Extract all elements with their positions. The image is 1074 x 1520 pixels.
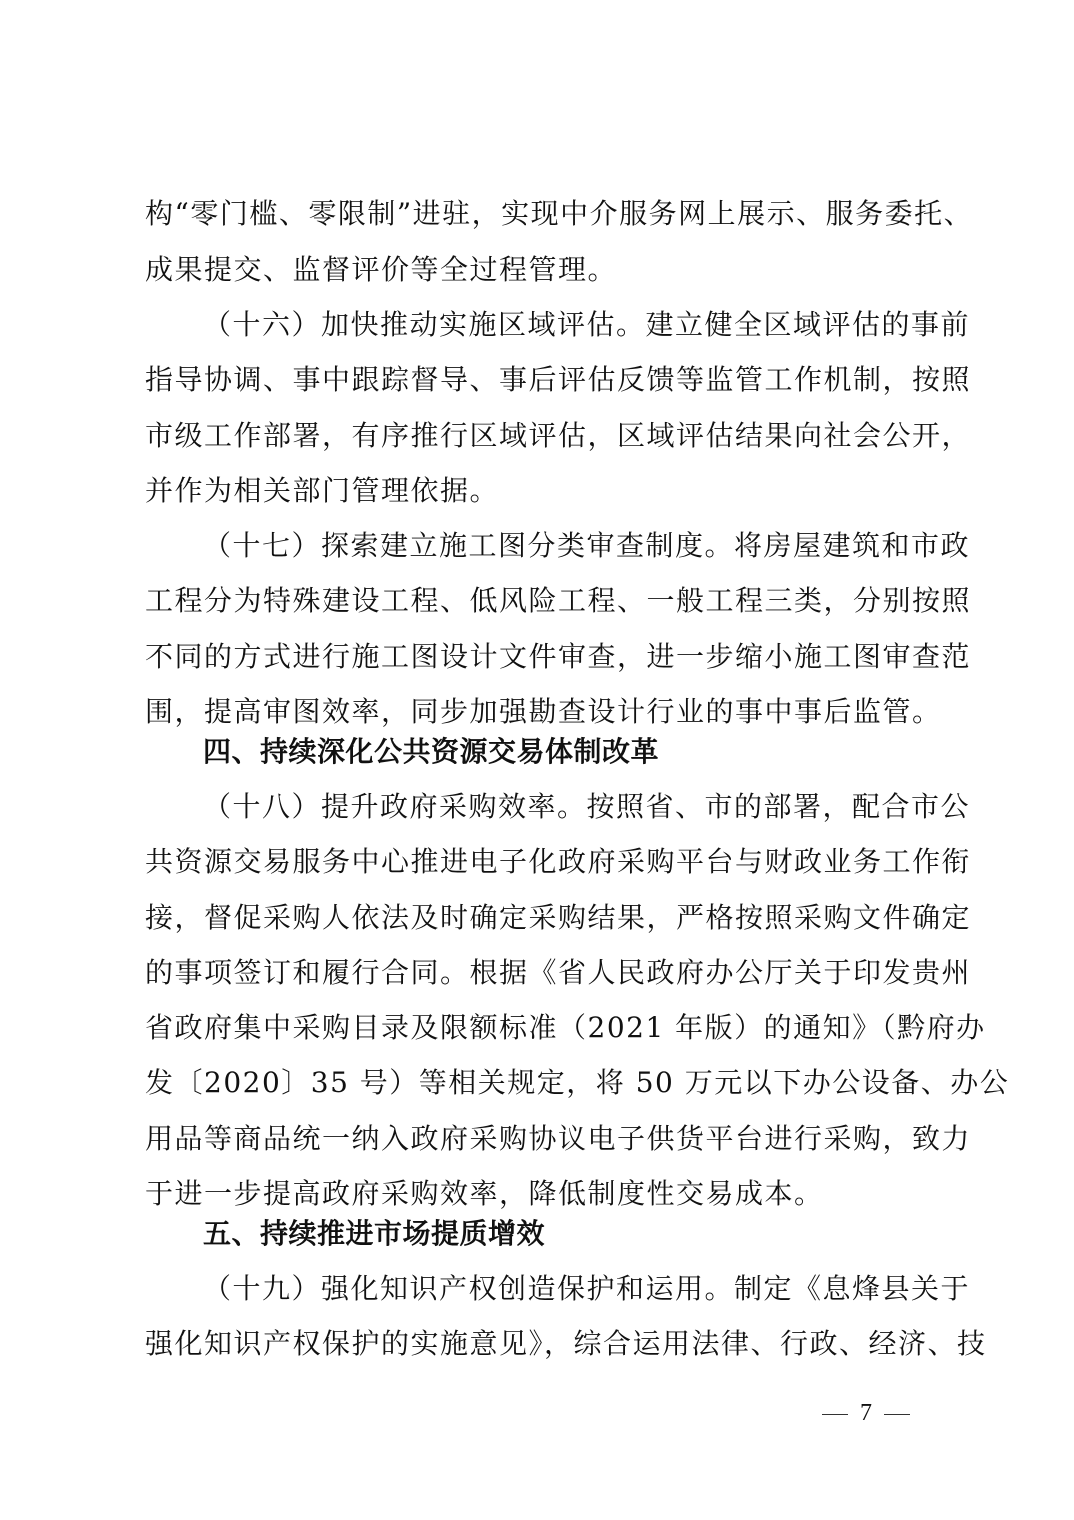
paragraph-line: 强化知识产权保护的实施意见》，综合运用法律、行政、经济、技 (145, 1326, 945, 1362)
paragraph-line: （十七）探索建立施工图分类审查制度。将房屋建筑和市政 (203, 528, 945, 564)
dash-right (884, 1414, 910, 1415)
paragraph-line: 的事项签订和履行合同。根据《省人民政府办公厅关于印发贵州 (145, 955, 945, 991)
paragraph-line: 工程分为特殊建设工程、低风险工程、一般工程三类，分别按照 (145, 583, 945, 619)
paragraph-line: 接，督促采购人依法及时确定采购结果，严格按照采购文件确定 (145, 900, 945, 936)
paragraph-line: 指导协调、事中跟踪督导、事后评估反馈等监管工作机制，按照 (145, 362, 945, 398)
paragraph-line: 成果提交、监督评价等全过程管理。 (145, 252, 945, 288)
paragraph-line: 构“零门槛、零限制”进驻，实现中介服务网上展示、服务委托、 (145, 196, 945, 232)
dash-left (822, 1414, 848, 1415)
paragraph-line: 用品等商品统一纳入政府采购协议电子供货平台进行采购，致力 (145, 1121, 945, 1157)
paragraph-line: 围，提高审图效率，同步加强勘查设计行业的事中事后监管。 (145, 694, 945, 730)
paragraph-line: 于进一步提高政府采购效率，降低制度性交易成本。 (145, 1176, 945, 1212)
paragraph-line: （十六）加快推动实施区域评估。建立健全区域评估的事前 (203, 307, 945, 343)
section-heading: 四、持续深化公共资源交易体制改革 (203, 734, 659, 770)
paragraph-line: 发〔2020〕35 号）等相关规定，将 50 万元以下办公设备、办公 (145, 1065, 945, 1101)
section-heading: 五、持续推进市场提质增效 (203, 1216, 545, 1252)
paragraph-line: 不同的方式进行施工图设计文件审查，进一步缩小施工图审查范 (145, 639, 945, 675)
paragraph-line: 省政府集中采购目录及限额标准（2021 年版）的通知》（黔府办 (145, 1010, 945, 1046)
page-number: 7 (810, 1398, 922, 1428)
document-page: 构“零门槛、零限制”进驻，实现中介服务网上展示、服务委托、 成果提交、监督评价等… (0, 0, 1074, 1520)
paragraph-line: （十九）强化知识产权创造保护和运用。制定《息烽县关于 (203, 1271, 945, 1307)
paragraph-line: 共资源交易服务中心推进电子化政府采购平台与财政业务工作衔 (145, 844, 945, 880)
paragraph-line: 市级工作部署，有序推行区域评估，区域评估结果向社会公开， (145, 418, 945, 454)
paragraph-line: 并作为相关部门管理依据。 (145, 473, 945, 509)
paragraph-line: （十八）提升政府采购效率。按照省、市的部署，配合市公 (203, 789, 945, 825)
page-number-value: 7 (860, 1400, 872, 1426)
